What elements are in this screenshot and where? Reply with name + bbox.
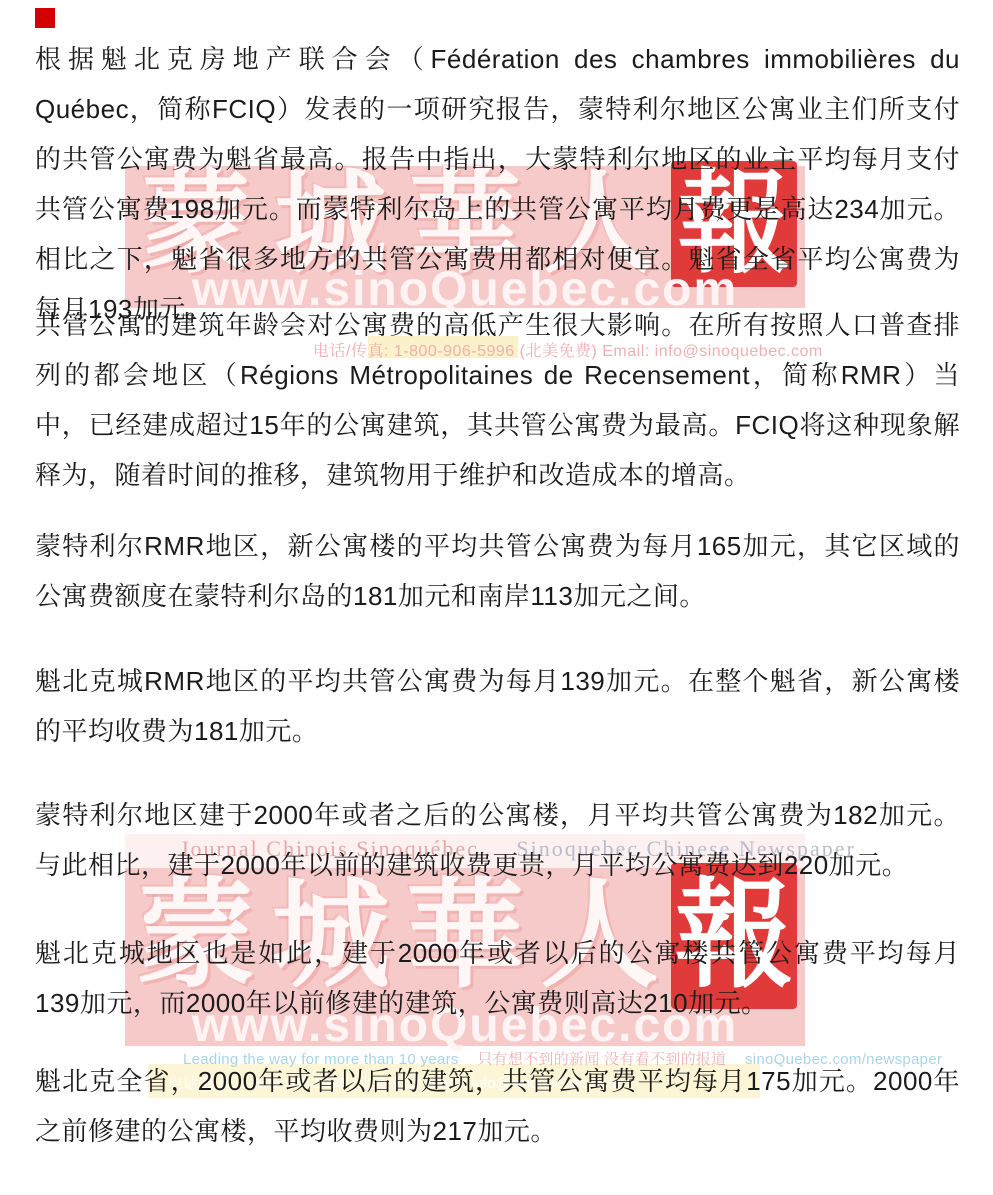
article-paragraph-2: 共管公寓的建筑年龄会对公寓费的高低产生很大影响。在所有按照人口普查排列的都会地区… [35, 300, 960, 500]
article-paragraph-3: 蒙特利尔RMR地区，新公寓楼的平均共管公寓费为每月165加元，其它区域的公寓费额… [35, 521, 960, 621]
article-paragraph-1: 根据魁北克房地产联合会（Fédération des chambres immo… [35, 34, 960, 334]
article-paragraph-5: 蒙特利尔地区建于2000年或者之后的公寓楼，月平均共管公寓费为182加元。与此相… [35, 790, 960, 890]
article-paragraph-6: 魁北克城地区也是如此，建于2000年或者以后的公寓楼共管公寓费平均每月139加元… [35, 928, 960, 1028]
article-page: 蒙 城 華 人 報 www.sinoQuebec.com 电话/传真: 1-80… [0, 0, 993, 1195]
article-paragraph-4: 魁北克城RMR地区的平均共管公寓费为每月139加元。在整个魁省，新公寓楼的平均收… [35, 656, 960, 756]
article-paragraph-7: 魁北克全省，2000年或者以后的建筑，共管公寓费平均每月175加元。2000年之… [35, 1056, 960, 1156]
red-square-marker [35, 8, 55, 28]
